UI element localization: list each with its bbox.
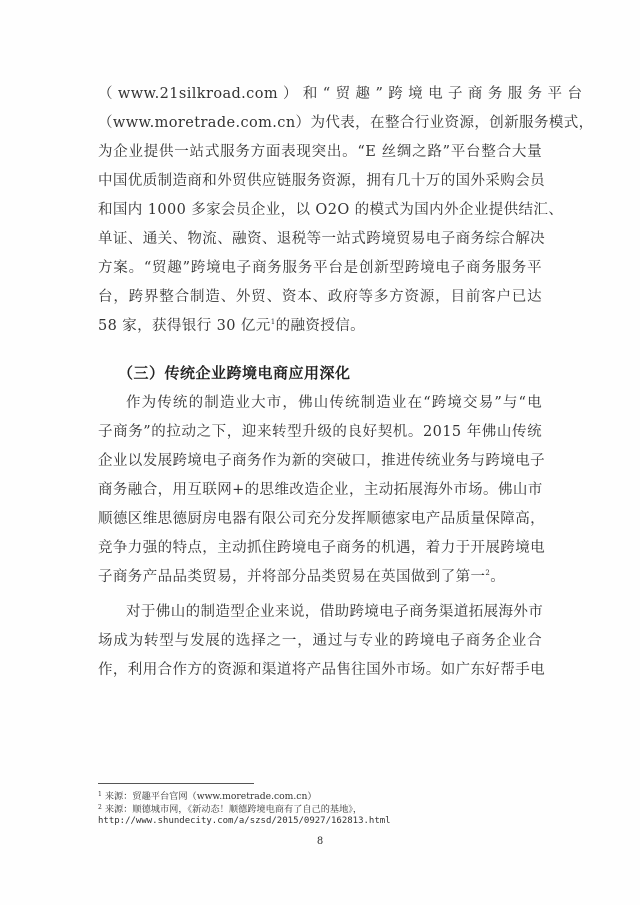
- page-number: 8: [300, 835, 340, 849]
- footnote-mark: 1: [98, 791, 102, 798]
- paragraph-2-line-4: 商务融合，用互联网+的思维改造企业，主动拓展海外市场。佛山市: [98, 476, 542, 505]
- footnote-text: 来源：顺德城市网，《新动态！顺德跨境电商有了自己的基地》，: [105, 804, 362, 815]
- document-page: （ www.21silkroad.com ） 和 “ 贸 趣 ” 跨 境 电 子…: [0, 0, 640, 905]
- footnote-separator: [98, 783, 254, 784]
- paragraph-2-line-1: 作为传统的制造业大市，佛山传统制造业在“跨境交易”与“电: [126, 389, 542, 418]
- paragraph-1-line-7: 方案。“贸趣”跨境电子商务服务平台是创新型跨境电子商务服务平: [98, 254, 542, 283]
- paragraph-1-line-1: （ www.21silkroad.com ） 和 “ 贸 趣 ” 跨 境 电 子…: [98, 80, 542, 109]
- paragraph-1-line-9: 58 家，获得银行 30 亿元1的融资授信。: [98, 312, 542, 341]
- paragraph-2-line-6: 竞争力强的特点，主动抓住跨境电子商务的机遇，着力于开展跨境电: [98, 534, 542, 563]
- paragraph-1-text: 58 家，获得银行 30 亿元: [98, 318, 271, 334]
- paragraph-2-line-5: 顺德区维思德厨房电器有限公司充分发挥顺德家电产品质量保障高，: [98, 505, 542, 534]
- paragraph-2-line-2: 子商务”的拉动之下，迎来转型升级的良好契机。2015 年佛山传统: [98, 418, 542, 447]
- paragraph-1-text-end: 的融资授信。: [276, 318, 365, 334]
- footnote-2: 2来源：顺德城市网，《新动态！顺德跨境电商有了自己的基地》，: [98, 801, 362, 814]
- paragraph-2-text: 子商务产品品类贸易，并将部分品类贸易在英国做到了第一: [98, 569, 485, 585]
- paragraph-2-text-end: 。: [490, 569, 505, 585]
- paragraph-1-line-4: 中国优质制造商和外贸供应链服务资源，拥有几十万的国外采购会员: [98, 167, 542, 196]
- section-heading: （三）传统企业跨境电商应用深化: [118, 359, 538, 388]
- paragraph-1-line-8: 台，跨界整合制造、外贸、资本、政府等多方资源，目前客户已达: [98, 283, 542, 312]
- paragraph-3-line-1: 对于佛山的制造型企业来说，借助跨境电子商务渠道拓展海外市: [126, 598, 542, 627]
- paragraph-1-line-3: 为企业提供一站式服务方面表现突出。“E 丝绸之路”平台整合大量: [98, 138, 542, 167]
- paragraph-1-line-2: （www.moretrade.com.cn）为代表，在整合行业资源，创新服务模式…: [98, 109, 542, 138]
- paragraph-3-line-2: 场成为转型与发展的选择之一，通过与专业的跨境电子商务企业合: [98, 627, 542, 656]
- footnote-1: 1来源：贸趣平台官网（www.moretrade.com.cn）: [98, 788, 317, 801]
- paragraph-2-line-7: 子商务产品品类贸易，并将部分品类贸易在英国做到了第一2。: [98, 563, 542, 592]
- footnote-mark: 2: [98, 804, 102, 811]
- paragraph-3-line-3: 作，利用合作方的资源和渠道将产品售往国外市场。如广东好帮手电: [98, 656, 542, 685]
- paragraph-2-line-3: 企业以发展跨境电子商务作为新的突破口，推进传统业务与跨境电子: [98, 447, 542, 476]
- footnote-2-url[interactable]: http://www.shundecity.com/a/szsd/2015/09…: [98, 815, 391, 828]
- paragraph-1-line-6: 单证、通关、物流、融资、退税等一站式跨境贸易电子商务综合解决: [98, 225, 542, 254]
- paragraph-1-line-5: 和国内 1000 多家会员企业，以 O2O 的模式为国内外企业提供结汇、: [98, 196, 542, 225]
